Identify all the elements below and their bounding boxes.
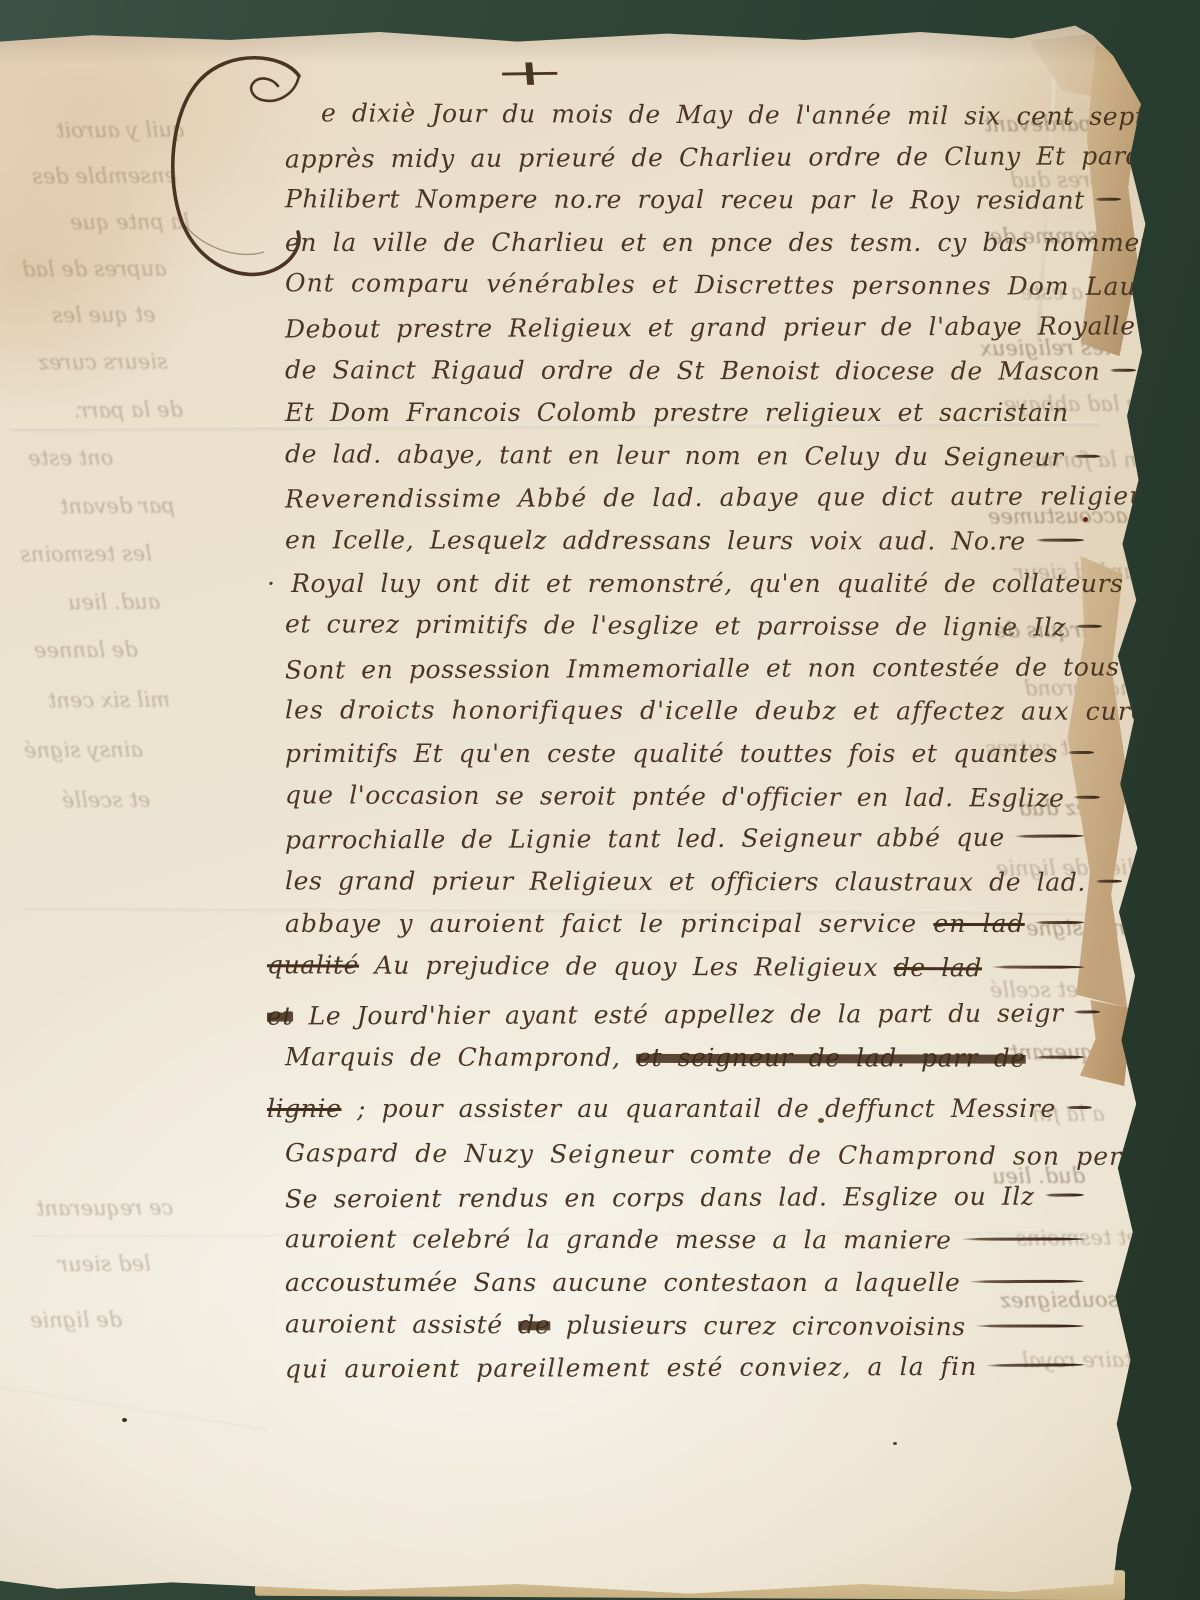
line-filler-stroke bbox=[962, 1225, 1084, 1249]
line-filler-stroke bbox=[992, 952, 1084, 976]
struck-text: en lad bbox=[933, 903, 1024, 946]
manuscript-line: abbaye y auroient faict le principal ser… bbox=[285, 903, 1084, 946]
manuscript-line: de lad. abaye, tant en leur nom en Celuy… bbox=[285, 433, 1084, 479]
line-text: Royal luy ont dit et remonstré, qu'en qu… bbox=[291, 563, 1123, 606]
bleedthrough-text: de lignie bbox=[30, 1308, 122, 1333]
line-text: Et Dom Francois Colomb prestre religieux… bbox=[285, 392, 1069, 435]
line-filler-stroke bbox=[976, 1311, 1084, 1335]
bleedthrough-text: aupres de lad bbox=[22, 256, 167, 281]
bleedthrough-text: les tesmoins bbox=[20, 542, 152, 567]
line-filler-stroke bbox=[1045, 1180, 1084, 1204]
line-filler-stroke bbox=[1068, 738, 1094, 762]
manuscript-line: parrochialle de Lignie tant led. Seigneu… bbox=[285, 817, 1084, 863]
header-cross-mark: + bbox=[491, 51, 568, 94]
struck-text: qualité bbox=[267, 944, 359, 987]
bleedthrough-text: de la parr. bbox=[74, 398, 183, 423]
struck-text: lignie bbox=[267, 1088, 342, 1131]
manuscript-line: e dixiè Jour du mois de May de l'année m… bbox=[285, 92, 1084, 138]
line-text: Philibert Nompere no.re royal receu par … bbox=[285, 178, 1085, 222]
bleedthrough-text: de lannee bbox=[34, 638, 138, 663]
line-text: que l'occasion se seroit pntée d'officie… bbox=[285, 774, 1065, 820]
line-filler-stroke bbox=[1074, 441, 1100, 465]
manuscript-line: qualité Au prejudice de quoy Les Religie… bbox=[267, 944, 1084, 990]
manuscript-line: en la ville de Charlieu et en pnce des t… bbox=[285, 222, 1084, 265]
line-text: Debout prestre Religieux et grand prieur… bbox=[285, 305, 1136, 351]
manuscript-line: Et Dom Francois Colomb prestre religieux… bbox=[285, 392, 1084, 435]
bleedthrough-text: et scellé bbox=[62, 788, 151, 813]
manuscript-line: · Royal luy ont dit et remonstré, qu'en … bbox=[267, 563, 1084, 606]
photo-background: quil y auroitensemble desla pnte queaupr… bbox=[0, 0, 1200, 1600]
line-text: les grand prieur Religieux et officiers … bbox=[285, 860, 1086, 904]
line-text: en Icelle, Lesquelz addressans leurs voi… bbox=[285, 519, 1026, 563]
manuscript-line: les droicts honorifiques d'icelle deubz … bbox=[285, 690, 1084, 734]
line-text: les droicts honorifiques d'icelle deubz … bbox=[285, 690, 1161, 734]
struck-text: et bbox=[267, 996, 293, 1039]
manuscript-line: accoustumée Sans aucune contestaon a laq… bbox=[285, 1262, 1084, 1305]
manuscript-line: et Le Jourd'hier ayant esté appellez de … bbox=[267, 993, 1084, 1039]
line-text: Marquis de Champrond, bbox=[285, 1036, 636, 1079]
line-filler-stroke bbox=[1148, 1141, 1174, 1165]
line-filler-stroke bbox=[970, 1267, 1084, 1291]
line-text: Se seroient rendus en corps dans lad. Es… bbox=[285, 1175, 1035, 1220]
manuscript-line: Debout prestre Religieux et grand prieur… bbox=[285, 305, 1084, 351]
bleedthrough-text: quil y auroit bbox=[56, 118, 186, 143]
manuscript-line: lignie ; pour assister au quarantail de … bbox=[267, 1088, 1084, 1131]
line-text: en la ville de Charlieu et en pnce des t… bbox=[285, 222, 1154, 265]
line-filler-stroke bbox=[1035, 908, 1084, 932]
manuscript-text: e dixiè Jour du mois de May de l'année m… bbox=[285, 94, 1084, 1390]
line-filler-stroke bbox=[1074, 782, 1100, 806]
manuscript-line: et curez primitifs de l'esglize et parro… bbox=[285, 603, 1084, 649]
manuscript-line: Marquis de Champrond, et seigneur de lad… bbox=[285, 1036, 1084, 1080]
line-text: primitifs Et qu'en ceste qualité touttes… bbox=[285, 733, 1058, 776]
line-filler-stroke bbox=[1110, 355, 1136, 379]
bleedthrough-text: ont este bbox=[28, 446, 114, 471]
line-text: abbaye y auroient faict le principal ser… bbox=[285, 903, 933, 946]
line-filler-stroke bbox=[1036, 1043, 1084, 1067]
bleedthrough-text: ensemble des bbox=[32, 163, 177, 188]
manuscript-line: Reverendissime Abbé de lad. abaye que di… bbox=[285, 476, 1084, 522]
line-text: Sont en possession Immemorialle et non c… bbox=[285, 646, 1120, 692]
manuscript-line: Philibert Nompere no.re royal receu par … bbox=[285, 178, 1084, 222]
line-filler-stroke bbox=[1095, 185, 1121, 209]
line-text: e dixiè Jour du mois de May de l'année m… bbox=[321, 92, 1189, 138]
paper-speck bbox=[893, 1442, 897, 1445]
manuscript-line: Ont comparu vénérables et Discrettes per… bbox=[285, 263, 1084, 309]
manuscript-line: de Sainct Rigaud ordre de St Benoist dio… bbox=[285, 349, 1084, 393]
line-text: plusieurs curez circonvoisins bbox=[550, 1304, 966, 1348]
line-text: de Sainct Rigaud ordre de St Benoist dio… bbox=[285, 349, 1100, 393]
line-filler-stroke bbox=[1134, 568, 1160, 592]
bleedthrough-text: et que les bbox=[52, 303, 156, 328]
line-text: Ont comparu vénérables et Discrettes per… bbox=[285, 263, 1194, 310]
bleedthrough-text: ce requerant bbox=[36, 1196, 173, 1221]
line-filler-stroke bbox=[1036, 526, 1084, 550]
struck-text: et seigneur de lad. parr de bbox=[636, 1037, 1026, 1080]
manuscript-line: Gaspard de Nuzy Seigneur comte de Champr… bbox=[285, 1133, 1084, 1179]
manuscript-line: que l'occasion se seroit pntée d'officie… bbox=[285, 774, 1084, 820]
line-text: parrochialle de Lignie tant led. Seigneu… bbox=[285, 817, 1005, 862]
manuscript-line: auroient assisté de plusieurs curez circ… bbox=[285, 1303, 1084, 1349]
line-filler-stroke bbox=[1096, 866, 1122, 890]
paper-crease bbox=[0, 1381, 268, 1431]
bleedthrough-text: sieurs curez bbox=[38, 350, 168, 375]
line-text: apprès midy au prieuré de Charlieu ordre… bbox=[285, 135, 1200, 181]
manuscript-line: les grand prieur Religieux et officiers … bbox=[285, 860, 1084, 904]
line-filler-stroke bbox=[1074, 998, 1100, 1022]
paper-speck bbox=[122, 1418, 127, 1422]
line-text: et curez primitifs de l'esglize et parro… bbox=[285, 603, 1066, 649]
manuscript-line: Sont en possession Immemorialle et non c… bbox=[285, 646, 1084, 692]
line-text: accoustumée Sans aucune contestaon a laq… bbox=[285, 1262, 960, 1305]
bleedthrough-text: ainsy signé bbox=[24, 738, 143, 763]
bleedthrough-text: mil six cent bbox=[48, 688, 170, 713]
line-filler-stroke bbox=[1164, 227, 1190, 251]
line-filler-stroke bbox=[1066, 1093, 1092, 1117]
bleedthrough-text: par devant bbox=[60, 494, 175, 519]
manuscript-line: auroient celebré la grande messe a la ma… bbox=[285, 1219, 1084, 1263]
line-text: Gaspard de Nuzy Seigneur comte de Champr… bbox=[285, 1133, 1138, 1179]
manuscript-line: primitifs Et qu'en ceste qualité touttes… bbox=[285, 733, 1084, 776]
struck-text: de lad bbox=[894, 947, 982, 990]
bleedthrough-text: led sieur bbox=[58, 1252, 151, 1277]
line-text: Le Jourd'hier ayant esté appellez de la … bbox=[293, 993, 1064, 1039]
manuscript-line: apprès midy au prieuré de Charlieu ordre… bbox=[285, 135, 1084, 181]
line-text: Au prejudice de quoy Les Religieux bbox=[359, 944, 894, 989]
line-text: auroient celebré la grande messe a la ma… bbox=[285, 1219, 952, 1263]
manuscript-line: Se seroient rendus en corps dans lad. Es… bbox=[285, 1175, 1084, 1221]
line-filler-stroke bbox=[1146, 310, 1172, 334]
line-text: Reverendissime Abbé de lad. abaye que di… bbox=[285, 476, 1162, 522]
manuscript-page: quil y auroitensemble desla pnte queaupr… bbox=[0, 0, 1150, 1600]
line-filler-stroke bbox=[987, 1351, 1084, 1375]
line-text: ; pour assister au quarantail de deffunc… bbox=[342, 1088, 1056, 1131]
line-text: de lad. abaye, tant en leur nom en Celuy… bbox=[285, 433, 1064, 479]
line-text: auroient assisté bbox=[285, 1303, 518, 1347]
line-text: qui auroient pareillement esté conviez, … bbox=[285, 1346, 978, 1391]
bleedthrough-text: aud. lieu bbox=[68, 590, 160, 615]
manuscript-line: qui auroient pareillement esté conviez, … bbox=[285, 1346, 1084, 1392]
line-filler-stroke bbox=[1076, 612, 1102, 636]
line-filler-stroke bbox=[1172, 480, 1198, 504]
line-filler-stroke bbox=[1171, 696, 1197, 720]
line-text: · bbox=[267, 563, 291, 606]
struck-text: de bbox=[518, 1304, 550, 1347]
line-filler-stroke bbox=[1015, 822, 1084, 846]
line-filler-stroke bbox=[1130, 651, 1156, 675]
manuscript-line: en Icelle, Lesquelz addressans leurs voi… bbox=[285, 519, 1084, 563]
